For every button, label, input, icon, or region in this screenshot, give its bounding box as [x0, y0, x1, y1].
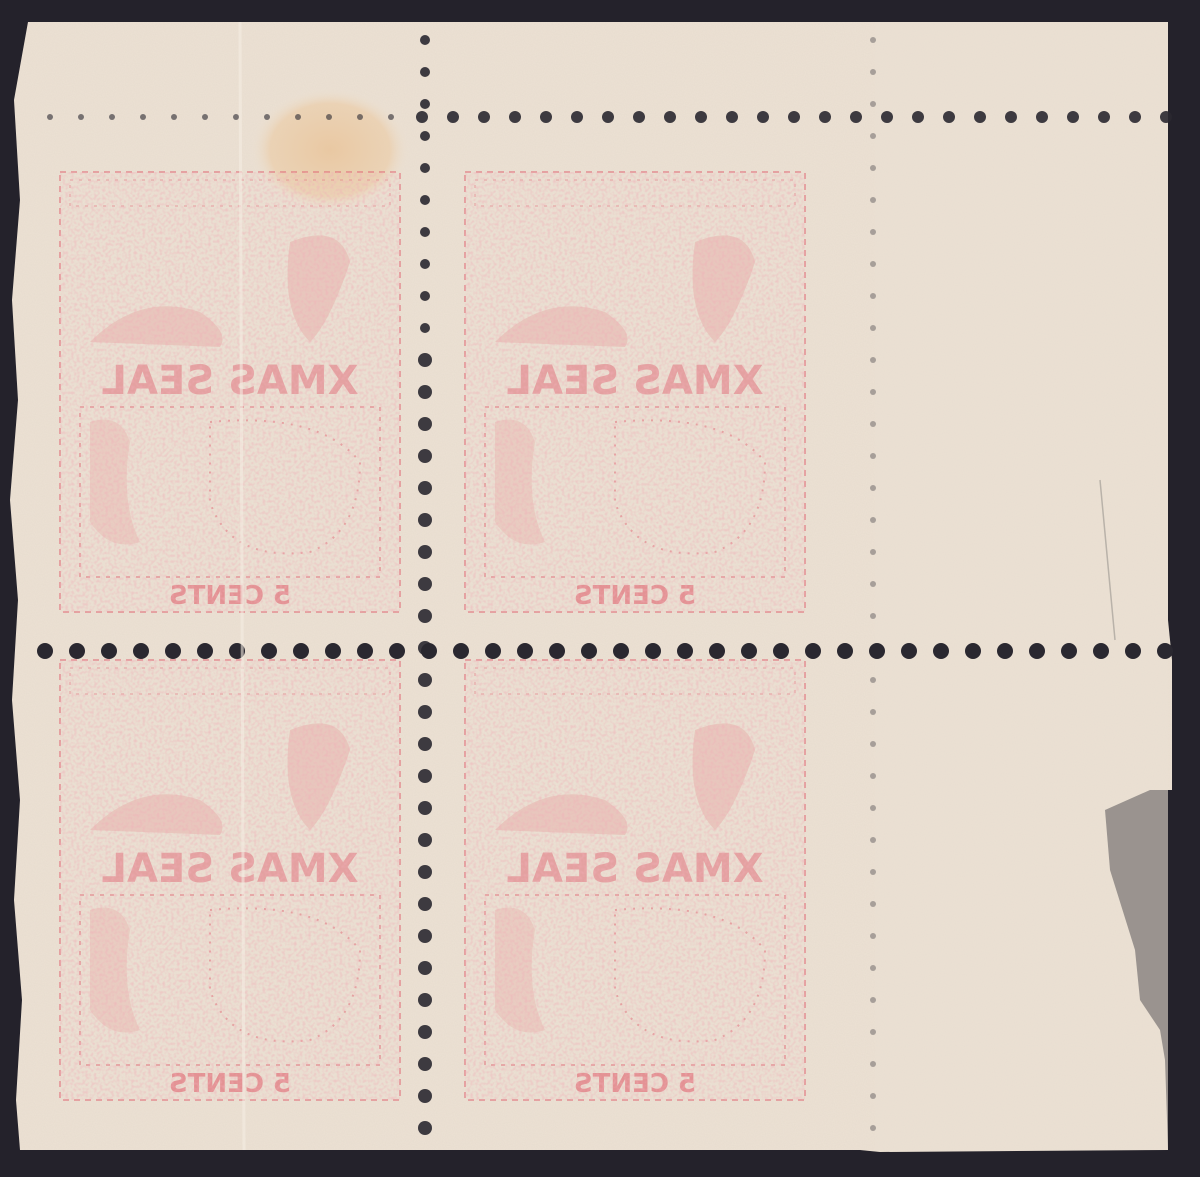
- stamp-top-right: [465, 172, 805, 612]
- stamp-top-left: [60, 172, 400, 612]
- stamp-bottom-left: [60, 660, 400, 1100]
- right-sheet-margin: [875, 22, 1168, 1150]
- stamp-bottom-right: [465, 660, 805, 1100]
- stamp-block-photo: XMAS SEAL 5 CENTS: [0, 0, 1200, 1177]
